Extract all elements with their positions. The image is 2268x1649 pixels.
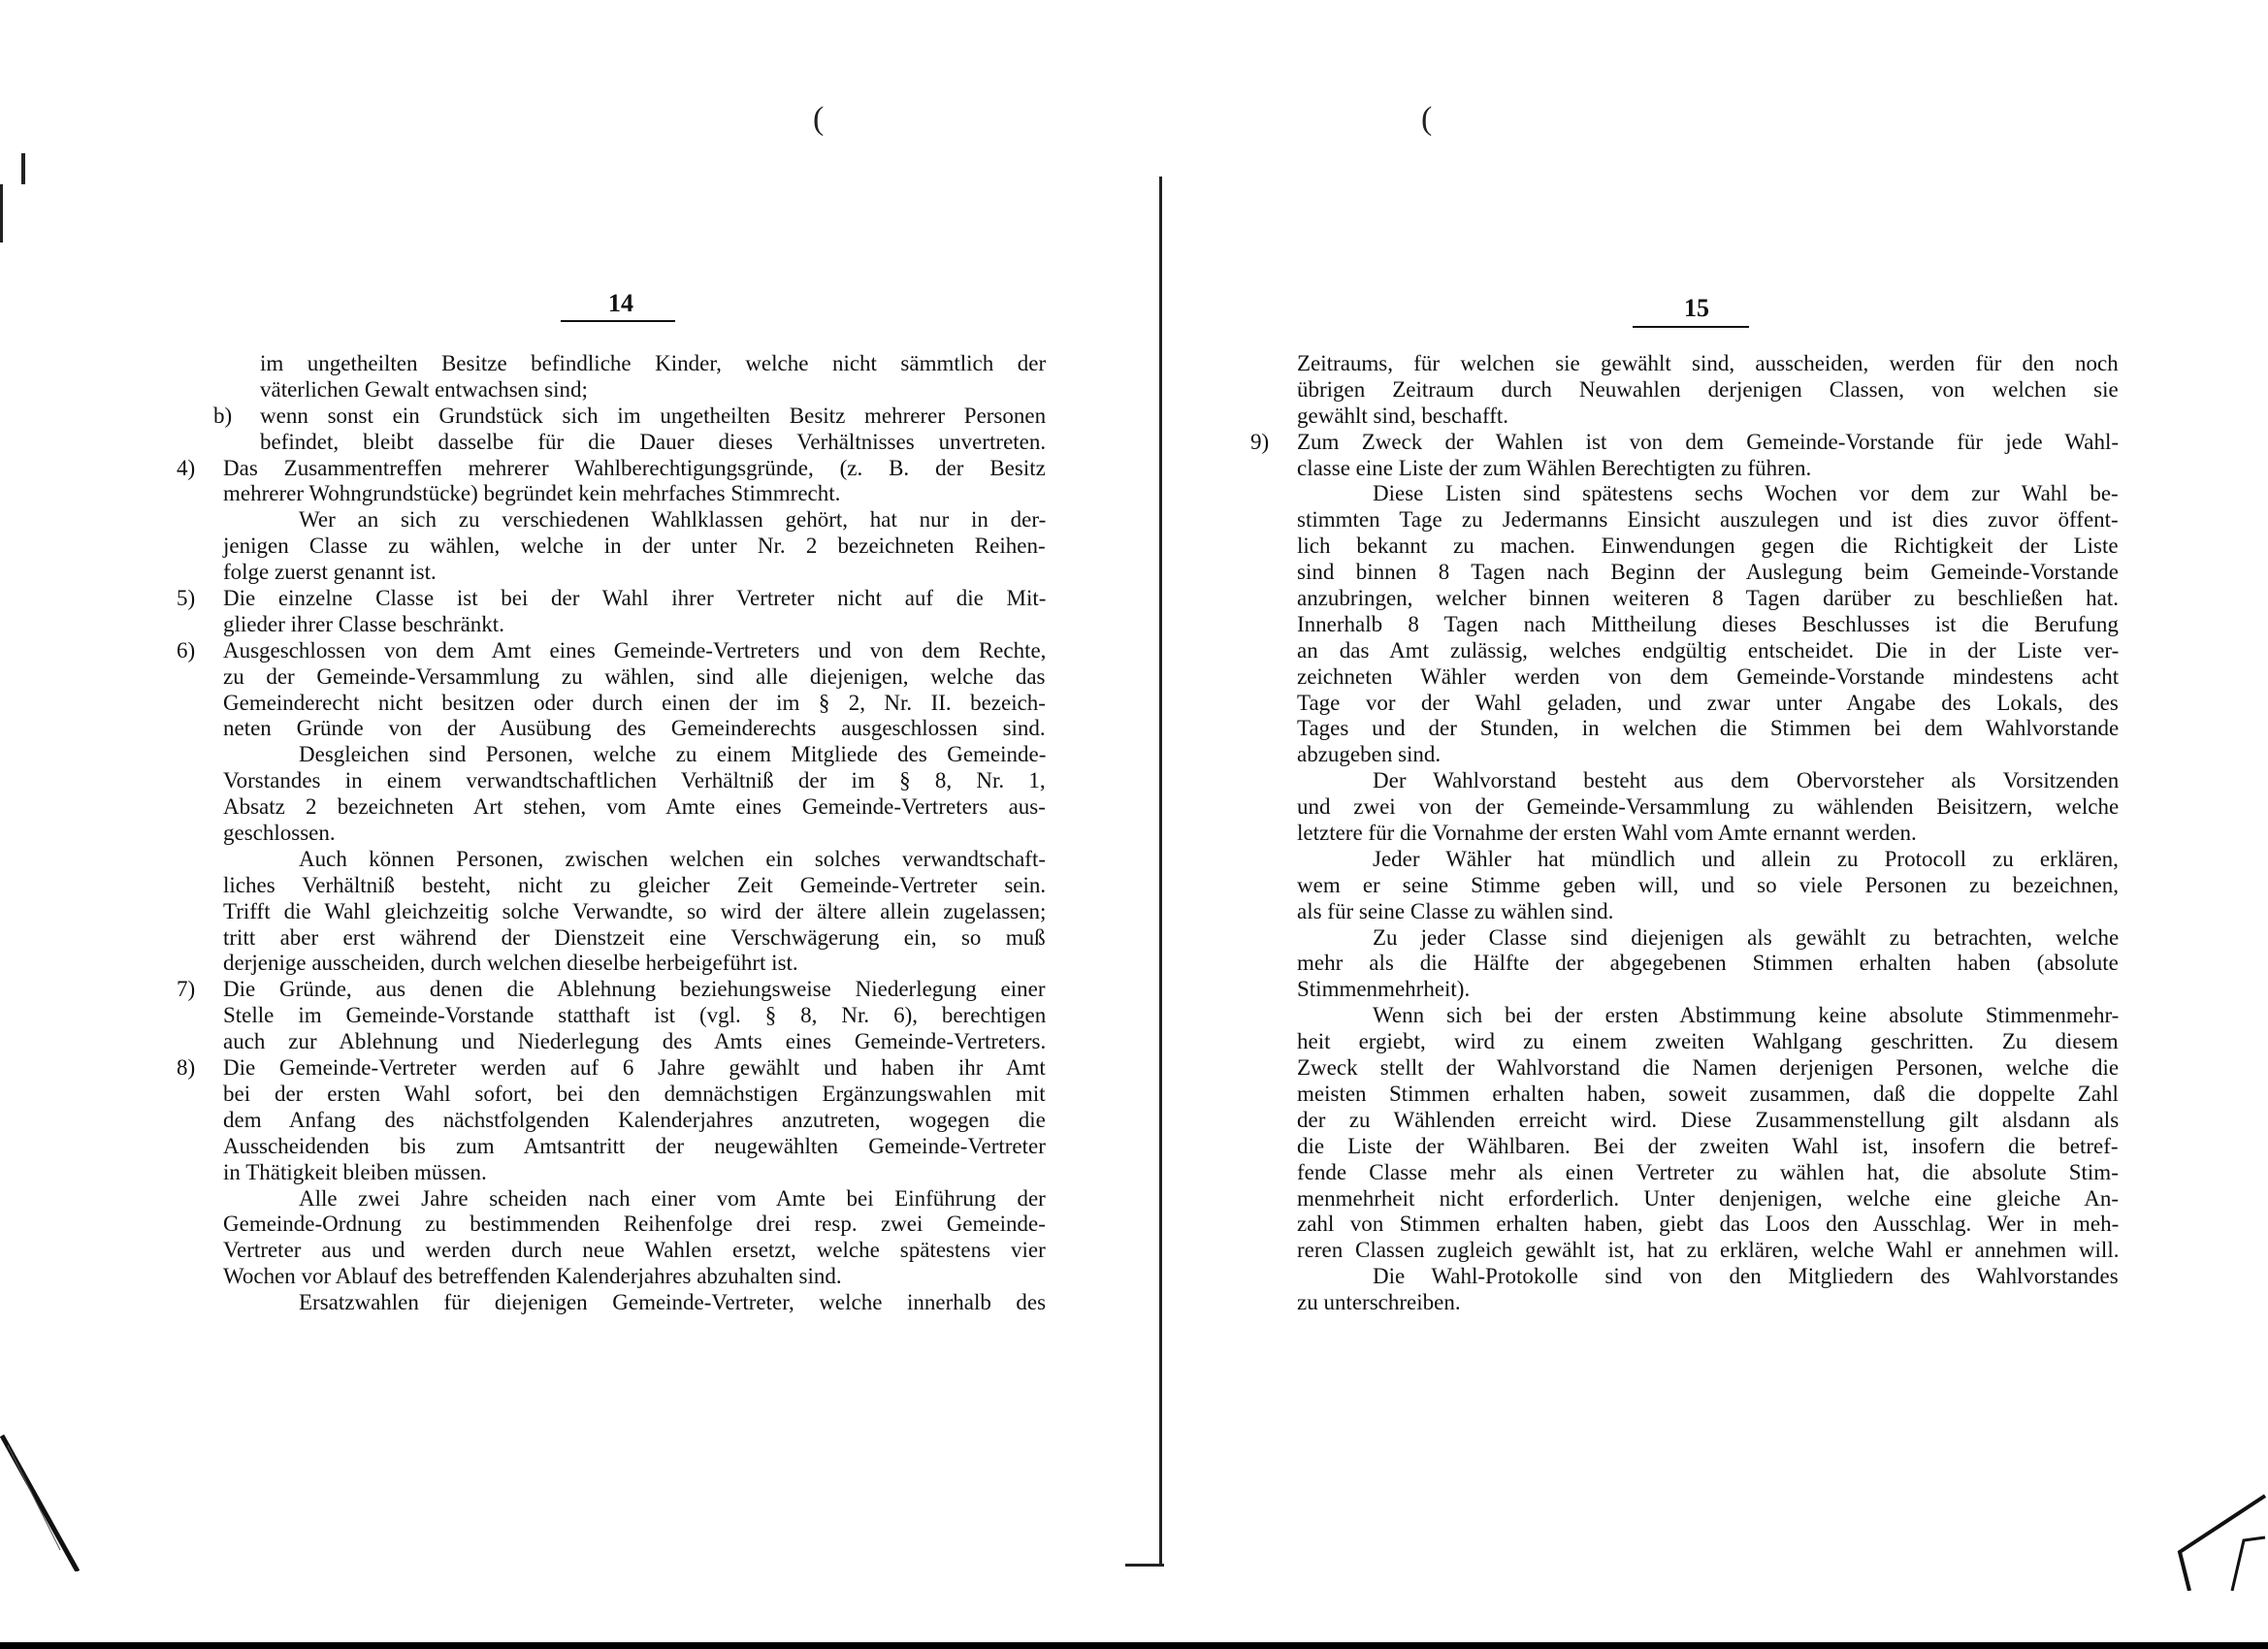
line-text: wenn sonst ein Grundstück sich im ungeth… [260, 404, 1046, 430]
text-line: an das Amt zulässig, welches endgültig e… [1297, 638, 2119, 664]
line-text: zu unterschreiben. [1297, 1290, 1461, 1316]
text-line: neten Gründe von der Ausübung des Gemein… [223, 716, 1046, 742]
line-text: Zweck stellt der Wahlvorstand die Namen … [1297, 1055, 2119, 1082]
line-text: Desgleichen sind Personen, welche zu ein… [299, 742, 1046, 768]
line-text: befindet, bleibt dasselbe für die Dauer … [260, 430, 1046, 456]
line-text: Wenn sich bei der ersten Abstimmung kein… [1373, 1003, 2119, 1029]
line-text: Vorstandes in einem verwandtschaftlichen… [223, 768, 1046, 794]
line-text: väterlichen Gewalt entwachsen sind; [260, 377, 588, 404]
line-text: Zum Zweck der Wahlen ist von dem Gemeind… [1297, 430, 2119, 456]
text-line: Tage vor der Wahl geladen, und zwar unte… [1297, 691, 2119, 717]
line-text: Vertreter aus und werden durch neue Wahl… [223, 1238, 1046, 1264]
right-page: ( 15 Zeitraums, für welchen sie gewählt … [1161, 0, 2268, 1639]
page-number-rule [561, 320, 675, 322]
text-line: derjenige ausscheiden, durch welchen die… [223, 951, 1046, 977]
line-text: letztere für die Vornahme der ersten Wah… [1297, 821, 1917, 847]
line-text: glieder ihrer Classe beschränkt. [223, 612, 504, 638]
page-number-rule [1633, 326, 1749, 328]
text-line: 9)Zum Zweck der Wahlen ist von dem Gemei… [1297, 430, 2119, 456]
line-text: Ausgeschlossen von dem Amt eines Gemeind… [223, 638, 1046, 664]
text-line: menmehrheit nicht erforderlich. Unter de… [1297, 1186, 2119, 1212]
text-line: der zu Wählenden erreicht wird. Diese Zu… [1297, 1108, 2119, 1134]
text-line: Ersatzwahlen für diejenigen Gemeinde-Ver… [223, 1290, 1046, 1316]
text-line: b)wenn sonst ein Grundstück sich im unge… [223, 404, 1046, 430]
text-line: Zeitraums, für welchen sie gewählt sind,… [1297, 351, 2119, 377]
text-line: auch zur Ablehnung und Niederlegung des … [223, 1029, 1046, 1055]
text-line: classe eine Liste der zum Wählen Berecht… [1297, 456, 2119, 482]
line-text: die Liste der Wählbaren. Bei der zweiten… [1297, 1134, 2119, 1160]
text-line: Zu jeder Classe sind diejenigen als gewä… [1297, 925, 2119, 952]
line-text: meisten Stimmen erhalten haben, soweit z… [1297, 1082, 2119, 1108]
line-text: Ersatzwahlen für diejenigen Gemeinde-Ver… [299, 1290, 1046, 1316]
line-text: classe eine Liste der zum Wählen Berecht… [1297, 456, 1811, 482]
text-line: Stelle im Gemeinde-Vorstande statthaft i… [223, 1003, 1046, 1029]
text-line: Gemeinderecht nicht besitzen oder durch … [223, 691, 1046, 717]
line-text: Trifft die Wahl gleichzeitig solche Verw… [223, 899, 1046, 925]
left-page-text: im ungetheilten Besitze befindliche Kind… [223, 351, 1046, 1316]
line-text: Die einzelne Classe ist bei der Wahl ihr… [223, 586, 1046, 612]
line-text: Alle zwei Jahre scheiden nach einer vom … [299, 1186, 1046, 1212]
line-text: auch zur Ablehnung und Niederlegung des … [223, 1029, 1046, 1055]
text-line: Auch können Personen, zwischen welchen e… [223, 847, 1046, 873]
text-line: Der Wahlvorstand besteht aus dem Obervor… [1297, 768, 2119, 794]
line-text: an das Amt zulässig, welches endgültig e… [1297, 638, 2119, 664]
line-text: Innerhalb 8 Tagen nach Mittheilung diese… [1297, 612, 2119, 638]
right-page-text: Zeitraums, für welchen sie gewählt sind,… [1297, 351, 2119, 1316]
text-line: dem Anfang des nächstfolgenden Kalenderj… [223, 1108, 1046, 1134]
text-line: stimmten Tage zu Jedermanns Einsicht aus… [1297, 507, 2119, 533]
line-text: Zu jeder Classe sind diejenigen als gewä… [1373, 925, 2119, 952]
line-text: Jeder Wähler hat mündlich und allein zu … [1373, 847, 2119, 873]
text-line: in Thätigkeit bleiben müssen. [223, 1160, 1046, 1186]
line-text: Gemeinde-Ordnung zu bestimmenden Reihenf… [223, 1212, 1046, 1238]
line-text: Die Gründe, aus denen die Ablehnung bezi… [223, 977, 1046, 1003]
line-text: Ausscheidenden bis zum Amtsantritt der n… [223, 1134, 1046, 1160]
line-text: stimmten Tage zu Jedermanns Einsicht aus… [1297, 507, 2119, 533]
text-line: meisten Stimmen erhalten haben, soweit z… [1297, 1082, 2119, 1108]
text-line: 5)Die einzelne Classe ist bei der Wahl i… [223, 586, 1046, 612]
line-text: tritt aber erst während der Dienstzeit e… [223, 925, 1046, 952]
text-line: Stimmenmehrheit). [1297, 977, 2119, 1003]
text-line: mehrerer Wohngrundstücke) begründet kein… [223, 481, 1046, 507]
line-text: bei der ersten Wahl sofort, bei den demn… [223, 1082, 1046, 1108]
text-line: 6)Ausgeschlossen von dem Amt eines Gemei… [223, 638, 1046, 664]
line-text: Der Wahlvorstand besteht aus dem Obervor… [1373, 768, 2119, 794]
line-text: abzugeben sind. [1297, 742, 1441, 768]
top-mark-right: ( [1421, 101, 1432, 138]
line-text: heit ergiebt, wird zu einem zweiten Wahl… [1297, 1029, 2119, 1055]
line-text: Wochen vor Ablauf des betreffenden Kalen… [223, 1264, 842, 1290]
line-text: neten Gründe von der Ausübung des Gemein… [223, 716, 1046, 742]
scan-edge-artifact [0, 1426, 97, 1571]
line-text: Wer an sich zu verschiedenen Wahlklassen… [299, 507, 1046, 533]
text-line: anzubringen, welcher binnen weiteren 8 T… [1297, 586, 2119, 612]
text-line: übrigen Zeitraum durch Neuwahlen derjeni… [1297, 377, 2119, 404]
text-line: fende Classe mehr als einen Vertreter zu… [1297, 1160, 2119, 1186]
text-line: heit ergiebt, wird zu einem zweiten Wahl… [1297, 1029, 2119, 1055]
list-marker: 9) [1250, 430, 1293, 456]
line-text: Die Gemeinde-Vertreter werden auf 6 Jahr… [223, 1055, 1046, 1082]
line-text: dem Anfang des nächstfolgenden Kalenderj… [223, 1108, 1046, 1134]
line-text: und zwei von der Gemeinde-Versammlung zu… [1297, 794, 2119, 821]
text-line: Tages und der Stunden, in welchen die St… [1297, 716, 2119, 742]
line-text: fende Classe mehr als einen Vertreter zu… [1297, 1160, 2119, 1186]
scan-mark [21, 153, 25, 184]
line-text: mehrerer Wohngrundstücke) begründet kein… [223, 481, 840, 507]
text-line: mehr als die Hälfte der abgegebenen Stim… [1297, 951, 2119, 977]
line-text: folge zuerst genannt ist. [223, 560, 437, 586]
list-marker: 4) [177, 456, 219, 482]
line-text: Die Wahl-Protokolle sind von den Mitglie… [1373, 1264, 2119, 1290]
page-number-15: 15 [1638, 294, 1755, 323]
text-line: glieder ihrer Classe beschränkt. [223, 612, 1046, 638]
line-text: mehr als die Hälfte der abgegebenen Stim… [1297, 951, 2119, 977]
text-line: zahl von Stimmen erhalten haben, giebt d… [1297, 1212, 2119, 1238]
text-line: Wer an sich zu verschiedenen Wahlklassen… [223, 507, 1046, 533]
line-text: Das Zusammentreffen mehrerer Wahlberecht… [223, 456, 1046, 482]
list-marker: 6) [177, 638, 219, 664]
text-line: Trifft die Wahl gleichzeitig solche Verw… [223, 899, 1046, 925]
text-line: Wochen vor Ablauf des betreffenden Kalen… [223, 1264, 1046, 1290]
line-text: Diese Listen sind spätestens sechs Woche… [1373, 481, 2119, 507]
line-text: geschlossen. [223, 821, 336, 847]
line-text: Stelle im Gemeinde-Vorstande statthaft i… [223, 1003, 1046, 1029]
line-text: der zu Wählenden erreicht wird. Diese Zu… [1297, 1108, 2119, 1134]
line-text: zeichneten Wähler werden von dem Gemeind… [1297, 664, 2119, 691]
page-gutter-foot [1125, 1564, 1164, 1567]
page-number-14: 14 [563, 289, 679, 318]
list-marker: 7) [177, 977, 219, 1003]
line-text: zahl von Stimmen erhalten haben, giebt d… [1297, 1212, 2119, 1238]
left-page: ( 14 im ungetheilten Besitze befindliche… [0, 0, 1159, 1639]
text-line: 8)Die Gemeinde-Vertreter werden auf 6 Ja… [223, 1055, 1046, 1082]
scan-mark [0, 184, 3, 242]
text-line: und zwei von der Gemeinde-Versammlung zu… [1297, 794, 2119, 821]
text-line: zu der Gemeinde-Versammlung zu wählen, s… [223, 664, 1046, 691]
text-line: wem er seine Stimme geben will, und so v… [1297, 873, 2119, 899]
text-line: zu unterschreiben. [1297, 1290, 2119, 1316]
text-line: geschlossen. [223, 821, 1046, 847]
list-marker: 8) [177, 1055, 219, 1082]
text-line: Innerhalb 8 Tagen nach Mittheilung diese… [1297, 612, 2119, 638]
text-line: folge zuerst genannt ist. [223, 560, 1046, 586]
text-line: als für seine Classe zu wählen sind. [1297, 899, 2119, 925]
text-line: Die Wahl-Protokolle sind von den Mitglie… [1297, 1264, 2119, 1290]
line-text: Stimmenmehrheit). [1297, 977, 1470, 1003]
text-line: Vertreter aus und werden durch neue Wahl… [223, 1238, 1046, 1264]
text-line: Alle zwei Jahre scheiden nach einer vom … [223, 1186, 1046, 1212]
text-line: letztere für die Vornahme der ersten Wah… [1297, 821, 2119, 847]
line-text: reren Classen zugleich gewählt ist, hat … [1297, 1238, 2119, 1264]
text-line: Ausscheidenden bis zum Amtsantritt der n… [223, 1134, 1046, 1160]
text-line: bei der ersten Wahl sofort, bei den demn… [223, 1082, 1046, 1108]
text-line: abzugeben sind. [1297, 742, 2119, 768]
top-mark-left: ( [813, 101, 824, 138]
text-line: 7)Die Gründe, aus denen die Ablehnung be… [223, 977, 1046, 1003]
scan-corner-artifact [2170, 1484, 2268, 1591]
line-text: menmehrheit nicht erforderlich. Unter de… [1297, 1186, 2119, 1212]
line-text: lich bekannt zu machen. Einwendungen geg… [1297, 533, 2119, 560]
line-text: Absatz 2 bezeichneten Art stehen, vom Am… [223, 794, 1046, 821]
text-line: Diese Listen sind spätestens sechs Woche… [1297, 481, 2119, 507]
line-text: gewählt sind, beschafft. [1297, 404, 1508, 430]
text-line: gewählt sind, beschafft. [1297, 404, 2119, 430]
line-text: wem er seine Stimme geben will, und so v… [1297, 873, 2119, 899]
text-line: befindet, bleibt dasselbe für die Dauer … [223, 430, 1046, 456]
text-line: Vorstandes in einem verwandtschaftlichen… [223, 768, 1046, 794]
text-line: jenigen Classe zu wählen, welche in der … [223, 533, 1046, 560]
text-line: sind binnen 8 Tagen nach Beginn der Ausl… [1297, 560, 2119, 586]
line-text: jenigen Classe zu wählen, welche in der … [223, 533, 1046, 560]
line-text: als für seine Classe zu wählen sind. [1297, 899, 1613, 925]
scan-bottom-border [0, 1642, 2268, 1649]
line-text: liches Verhältniß besteht, nicht zu glei… [223, 873, 1046, 899]
line-text: im ungetheilten Besitze befindliche Kind… [260, 351, 1046, 377]
text-line: Jeder Wähler hat mündlich und allein zu … [1297, 847, 2119, 873]
text-line: lich bekannt zu machen. Einwendungen geg… [1297, 533, 2119, 560]
text-line: im ungetheilten Besitze befindliche Kind… [223, 351, 1046, 377]
text-line: reren Classen zugleich gewählt ist, hat … [1297, 1238, 2119, 1264]
text-line: Gemeinde-Ordnung zu bestimmenden Reihenf… [223, 1212, 1046, 1238]
text-line: Wenn sich bei der ersten Abstimmung kein… [1297, 1003, 2119, 1029]
list-marker: 5) [177, 586, 219, 612]
text-line: Absatz 2 bezeichneten Art stehen, vom Am… [223, 794, 1046, 821]
text-line: liches Verhältniß besteht, nicht zu glei… [223, 873, 1046, 899]
line-text: sind binnen 8 Tagen nach Beginn der Ausl… [1297, 560, 2119, 586]
line-text: derjenige ausscheiden, durch welchen die… [223, 951, 798, 977]
text-line: Desgleichen sind Personen, welche zu ein… [223, 742, 1046, 768]
line-text: übrigen Zeitraum durch Neuwahlen derjeni… [1297, 377, 2119, 404]
text-line: väterlichen Gewalt entwachsen sind; [223, 377, 1046, 404]
line-text: anzubringen, welcher binnen weiteren 8 T… [1297, 586, 2119, 612]
line-text: Tages und der Stunden, in welchen die St… [1297, 716, 2119, 742]
text-line: die Liste der Wählbaren. Bei der zweiten… [1297, 1134, 2119, 1160]
line-text: Tage vor der Wahl geladen, und zwar unte… [1297, 691, 2119, 717]
text-line: Zweck stellt der Wahlvorstand die Namen … [1297, 1055, 2119, 1082]
line-text: zu der Gemeinde-Versammlung zu wählen, s… [223, 664, 1046, 691]
line-text: Auch können Personen, zwischen welchen e… [299, 847, 1046, 873]
line-text: in Thätigkeit bleiben müssen. [223, 1160, 487, 1186]
line-text: Gemeinderecht nicht besitzen oder durch … [223, 691, 1046, 717]
text-line: zeichneten Wähler werden von dem Gemeind… [1297, 664, 2119, 691]
text-line: 4)Das Zusammentreffen mehrerer Wahlberec… [223, 456, 1046, 482]
text-line: tritt aber erst während der Dienstzeit e… [223, 925, 1046, 952]
line-text: Zeitraums, für welchen sie gewählt sind,… [1297, 351, 2119, 377]
list-marker: b) [213, 404, 256, 430]
